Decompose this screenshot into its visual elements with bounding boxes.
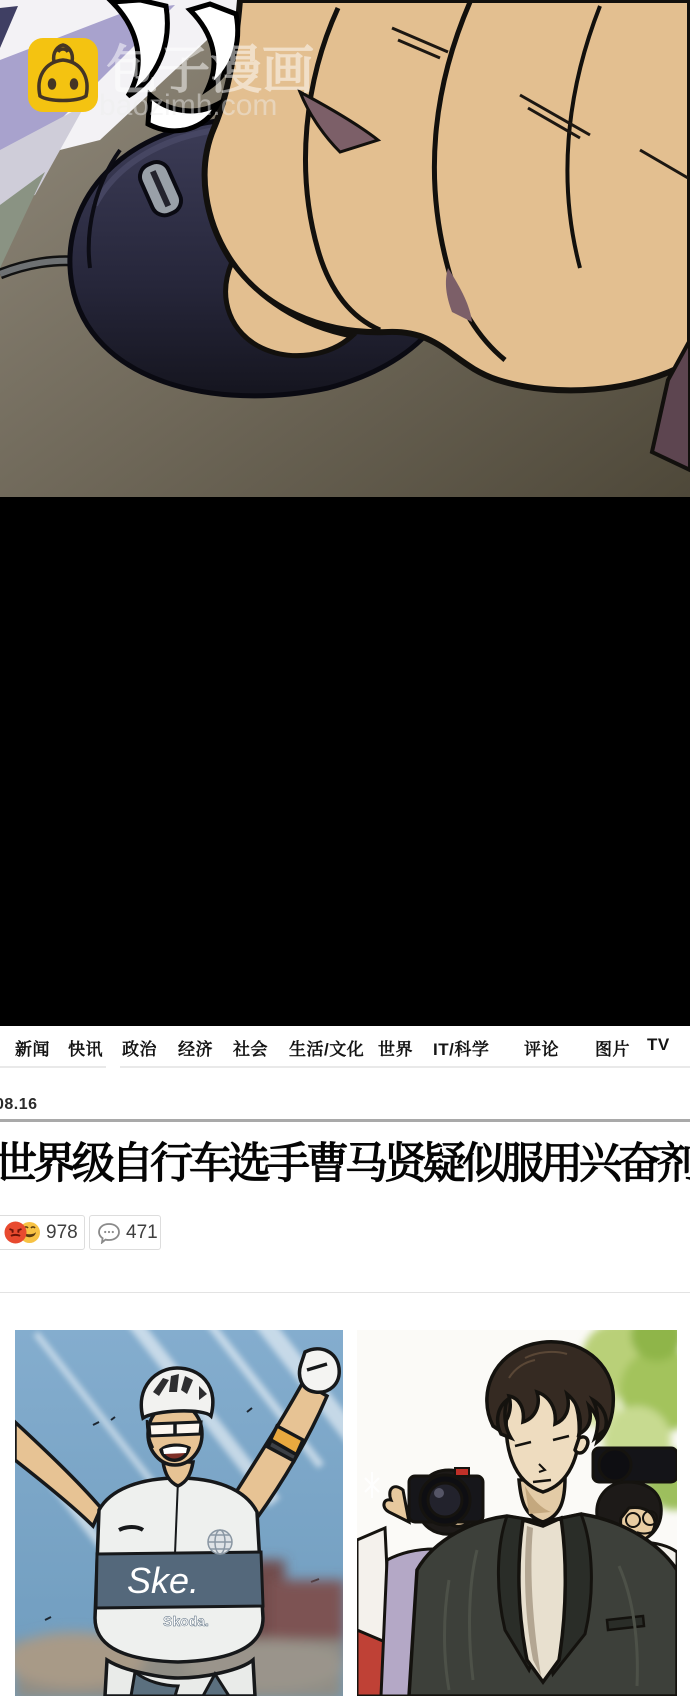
nav-item-life-culture[interactable]: 生活/文化 xyxy=(289,1035,364,1060)
hand-mouse-illustration: 包子漫画 baozimh.com xyxy=(0,0,690,497)
nav-item-photos[interactable]: 图片 xyxy=(595,1035,630,1060)
site-watermark: 包子漫画 baozimh.com xyxy=(28,38,314,122)
nav-item-it-science[interactable]: IT/科学 xyxy=(433,1035,489,1060)
nav-item-world[interactable]: 世界 xyxy=(378,1035,413,1060)
nav-item-society[interactable]: 社会 xyxy=(233,1035,268,1060)
article-images: Ske. Skoda. xyxy=(0,1330,690,1696)
press-cameras-illustration xyxy=(357,1330,677,1696)
article-headline[interactable]: 世界级自行车选手曹马贤疑似服用兴奋剂 xyxy=(0,1130,690,1191)
emoji-reaction-button[interactable]: 978 xyxy=(0,1215,85,1250)
comic-panel-hand-on-mouse: 包子漫画 baozimh.com xyxy=(0,0,690,497)
emoji-pair xyxy=(4,1221,41,1244)
nav-item-opinion[interactable]: 评论 xyxy=(524,1035,559,1060)
webtoon-reader-page: 包子漫画 baozimh.com 新闻 快讯 政治 经济 社会 生活/文化 世界… xyxy=(0,0,690,1696)
speech-bubble-icon xyxy=(97,1222,121,1244)
comment-count: 471 xyxy=(126,1222,158,1244)
emoji-reaction-count: 978 xyxy=(46,1222,78,1244)
nav-item-politics[interactable]: 政治 xyxy=(122,1035,157,1060)
jersey-text-ske: Ske. xyxy=(127,1560,199,1601)
nav-item-flash[interactable]: 快讯 xyxy=(68,1035,103,1060)
article-image-cyclist[interactable]: Ske. Skoda. xyxy=(15,1330,343,1696)
article-image-press[interactable] xyxy=(357,1330,677,1696)
angry-face-icon xyxy=(5,1222,27,1244)
news-site-ui: 新闻 快讯 政治 经济 社会 生活/文化 世界 IT/科学 评论 图片 TV 0… xyxy=(0,1026,690,1696)
header-divider xyxy=(0,1119,690,1122)
content-divider xyxy=(0,1292,690,1293)
watermark-site-url: baozimh.com xyxy=(99,89,277,122)
nav-item-news[interactable]: 新闻 xyxy=(15,1035,50,1060)
article-date: 08.16 xyxy=(0,1096,38,1114)
nav-item-tv[interactable]: TV xyxy=(647,1035,670,1055)
navbar-underline xyxy=(0,1066,690,1068)
jersey-text-skoda: Skoda. xyxy=(163,1613,209,1629)
panel-gap xyxy=(0,497,690,1026)
news-navbar: 新闻 快讯 政治 经济 社会 生活/文化 世界 IT/科学 评论 图片 TV xyxy=(0,1026,690,1066)
comment-count-button[interactable]: 471 xyxy=(89,1215,161,1250)
nav-item-economy[interactable]: 经济 xyxy=(178,1035,213,1060)
navbar-underline-gap xyxy=(106,1066,120,1068)
cyclist-celebration-illustration: Ske. Skoda. xyxy=(15,1330,343,1696)
